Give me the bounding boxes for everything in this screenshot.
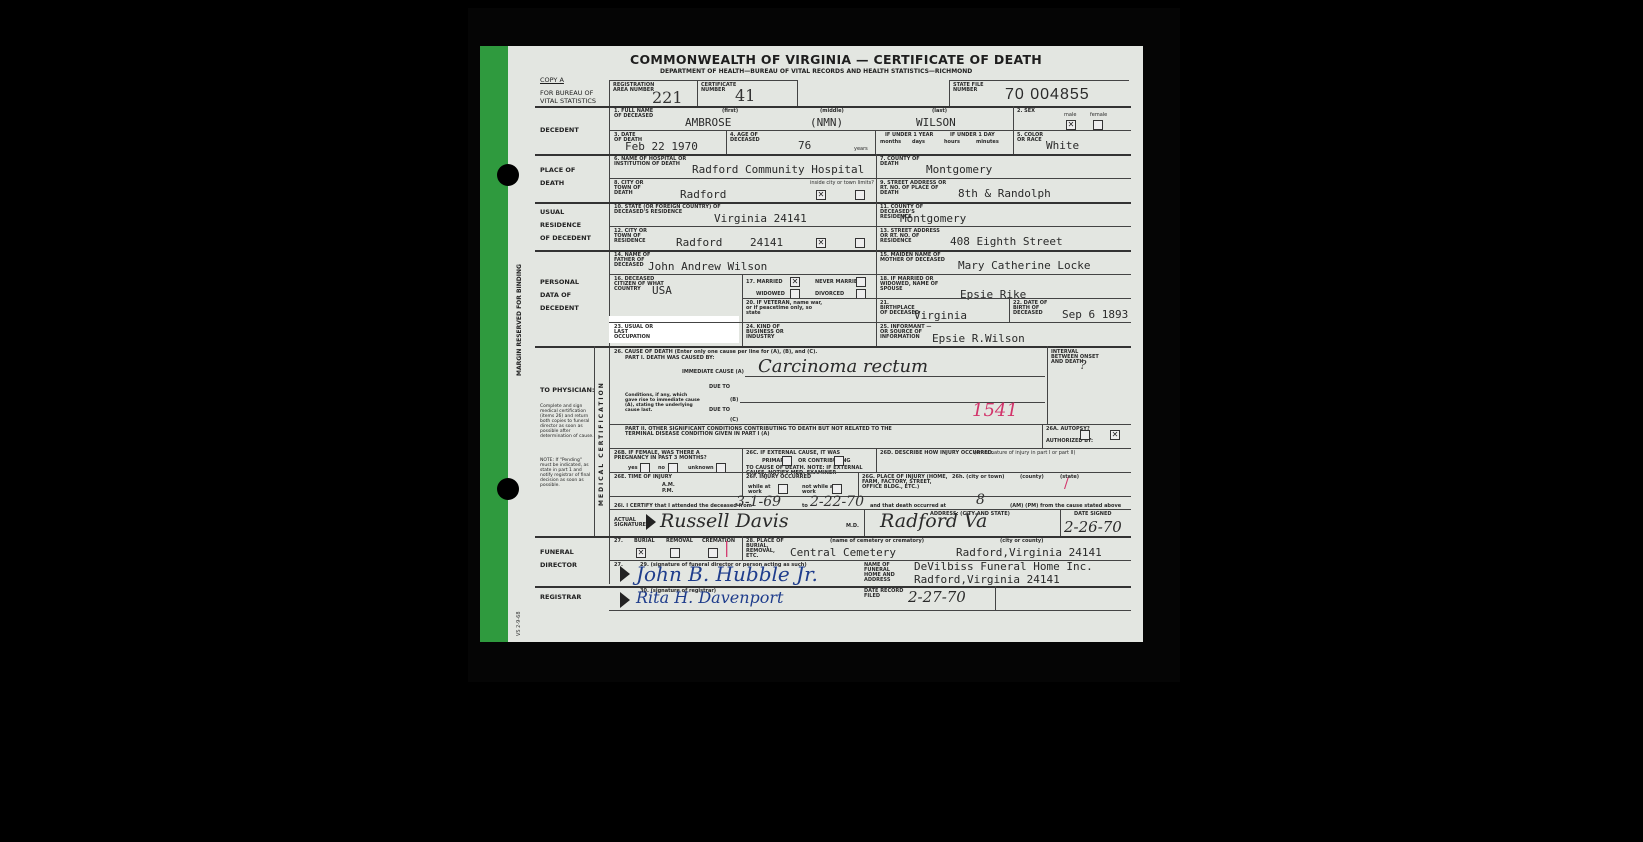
middle-name: (NMN)	[810, 116, 843, 129]
cremation-checkbox[interactable]	[708, 548, 718, 558]
certificate-number: 41	[735, 86, 755, 105]
death-time: 8	[976, 492, 985, 508]
sex-female-label: female	[1090, 113, 1107, 118]
autopsy-yes-checkbox[interactable]	[1080, 430, 1090, 440]
sex-male-checkbox[interactable]: ✕	[1066, 120, 1076, 130]
registrar-signature: Rita H. Davenport	[636, 588, 783, 607]
divider	[609, 178, 1131, 179]
due-to-label: DUE TO	[709, 385, 730, 390]
divider	[875, 130, 876, 154]
due-to-label: DUE TO	[709, 408, 730, 413]
burial-place-note: (name of cemetery or crematory)	[830, 539, 924, 544]
red-mark: /	[1064, 476, 1069, 492]
certificate-subtitle: DEPARTMENT OF HEALTH—BUREAU OF VITAL REC…	[660, 68, 972, 75]
burial-place: Central Cemetery	[790, 546, 896, 559]
part2-label: PART II. OTHER SIGNIFICANT CONDITIONS CO…	[625, 427, 915, 437]
binding-strip	[480, 46, 508, 642]
city-of-death-label: 8. CITY OR TOWN OF DEATH	[614, 181, 654, 196]
divider	[609, 130, 1131, 131]
section-registrar: REGISTRAR	[540, 591, 581, 604]
under-1-year-label: IF UNDER 1 YEAR	[885, 133, 933, 138]
divider	[594, 346, 595, 536]
divider	[609, 448, 1131, 449]
divider	[949, 80, 950, 106]
time-of-injury-label: 26e. TIME OF INJURY	[614, 475, 672, 480]
form-number: VS 2-9-68	[516, 611, 522, 636]
full-name-label: 1. FULL NAME OF DECEASED	[614, 109, 660, 119]
widowed-label: WIDOWED	[756, 292, 785, 297]
for-bureau-label: FOR BUREAU OF	[540, 89, 593, 97]
external-cause-label: 26c. IF EXTERNAL CAUSE, IT WAS	[746, 451, 840, 456]
state-file-number: 70 004855	[1005, 86, 1090, 104]
days-label: days	[912, 140, 925, 145]
cause-b-label: (B)	[730, 398, 738, 403]
hospital-label: 6. NAME OF HOSPITAL OR INSTITUTION OF DE…	[614, 157, 694, 167]
first-name-label: (first)	[722, 109, 738, 114]
cause-c-label: (C)	[730, 418, 738, 423]
actual-signature-label: ACTUAL SIGNATURE	[614, 518, 640, 528]
last-name: WILSON	[916, 116, 956, 129]
to-physician-label: TO PHYSICIAN:	[540, 386, 595, 394]
immediate-cause: Carcinoma rectum	[758, 356, 928, 377]
funeral-home-label: NAME OF FUNERAL HOME AND ADDRESS	[864, 563, 904, 583]
section-usual-residence: USUALRESIDENCEOF DECEDENT	[540, 206, 591, 245]
divider	[609, 610, 1131, 611]
divider	[609, 322, 1131, 323]
color-label: 5. COLOR OR RACE	[1017, 133, 1047, 143]
part1-label: PART I. DEATH WAS CAUSED BY:	[625, 356, 714, 361]
married-label: 17. MARRIED	[746, 280, 783, 285]
immediate-cause-label: IMMEDIATE CAUSE (A)	[682, 370, 744, 375]
sex-male-label: male	[1064, 113, 1076, 118]
funeral-home-name: DeVilbiss Funeral Home Inc.	[914, 560, 1093, 573]
date-record: 2-27-70	[908, 588, 966, 606]
divider	[742, 274, 743, 346]
middle-name-label: (middle)	[820, 109, 844, 114]
state-residence-label: 10. STATE (OR FOREIGN COUNTRY) OF DECEAS…	[614, 205, 724, 215]
street-residence-label: 13. STREET ADDRESS OR RT. NO. OF RESIDEN…	[880, 229, 944, 244]
divider	[1047, 346, 1048, 424]
city-of-injury-label: 26h. (city or town)	[952, 475, 1004, 480]
divider	[609, 424, 1131, 425]
color-race: White	[1046, 139, 1079, 152]
not-while-at-work-checkbox[interactable]	[832, 484, 842, 494]
vital-statistics-label: VITAL STATISTICS	[540, 97, 596, 105]
margin-reserved-text: MARGIN RESERVED FOR BINDING	[516, 264, 523, 376]
divider	[864, 509, 865, 536]
minutes-label: minutes	[976, 140, 999, 145]
pm-label: P.M.	[662, 489, 674, 494]
death-inside-city-no[interactable]	[855, 190, 865, 200]
burial-label: BURIAL	[634, 539, 655, 544]
divider	[609, 496, 1131, 497]
sex-female-checkbox[interactable]	[1093, 120, 1103, 130]
physician-instructions: Complete and sign medical certification …	[540, 404, 594, 439]
divider	[609, 80, 797, 81]
interval-value: ?	[1080, 358, 1086, 372]
place-of-injury-label: 26g. PLACE OF INJURY (home, farm, factor…	[862, 475, 952, 490]
red-mark: |	[724, 538, 729, 557]
occupation-label: 23. USUAL OR LAST OCCUPATION	[614, 325, 664, 340]
city-of-death: Radford	[680, 188, 726, 201]
divider	[858, 472, 859, 496]
copy-label: COPY A	[540, 76, 564, 84]
interval-label: INTERVAL BETWEEN ONSET AND DEATH	[1051, 350, 1101, 365]
county-of-death-label: 7. COUNTY OF DEATH	[880, 157, 920, 167]
date-of-birth-label: 22. DATE OF BIRTH OF DECEASED	[1013, 301, 1063, 316]
divider	[1042, 424, 1043, 448]
registration-number: 221	[652, 88, 683, 107]
burial-city-label: (city or county)	[1000, 539, 1043, 544]
attended-to: 2-22-70	[810, 494, 864, 510]
signature-arrow-icon	[646, 514, 656, 530]
divider	[876, 448, 877, 472]
citizen-country: USA	[652, 284, 672, 297]
age-label: 4. AGE OF DECEASED	[730, 133, 766, 143]
signature-arrow-icon	[620, 592, 630, 608]
divider	[609, 226, 1131, 227]
county-of-death: Montgomery	[926, 163, 992, 176]
divider	[726, 130, 727, 154]
never-married-label: NEVER MARRIED	[815, 280, 861, 285]
married-checkbox[interactable]: ✕	[790, 277, 800, 287]
city-residence-zip: 24141	[750, 236, 783, 249]
while-at-work-checkbox[interactable]	[778, 484, 788, 494]
pregnancy-no-label: no	[658, 466, 665, 471]
divider	[797, 80, 798, 106]
city-residence-label: 12. CITY OR TOWN OF RESIDENCE	[614, 229, 658, 244]
sex-label: 2. SEX	[1017, 109, 1035, 114]
item-27-label: 27.	[614, 539, 623, 544]
mother-label: 15. MAIDEN NAME OF MOTHER OF DECEASED	[880, 253, 946, 263]
removal-label: REMOVAL	[666, 539, 693, 544]
hours-label: hours	[944, 140, 960, 145]
business-label: 24. KIND OF BUSINESS OR INDUSTRY	[746, 325, 796, 340]
attended-from: 3-1-69	[736, 494, 781, 510]
injury-how-note: (enter nature of injury in part I or par…	[974, 451, 1075, 456]
director-signature: John B. Hubble Jr.	[636, 562, 818, 586]
divider	[535, 586, 1131, 588]
pregnancy-yes-label: yes	[628, 466, 638, 471]
cremation-label: CREMATION	[702, 539, 735, 544]
date-of-birth: Sep 6 1893	[1062, 308, 1128, 321]
removal-checkbox[interactable]	[670, 548, 680, 558]
burial-place-label: 28. PLACE OF BURIAL, REMOVAL, ETC.	[746, 539, 786, 559]
divider	[1009, 298, 1010, 322]
spouse-label: 18. IF MARRIED OR WIDOWED, NAME OF SPOUS…	[880, 277, 960, 292]
state-file-label: STATE FILE NUMBER	[953, 83, 993, 93]
pregnancy-label: 26b. IF FEMALE, WAS THERE A PREGNANCY IN…	[614, 451, 734, 461]
date-of-death: Feb 22 1970	[625, 140, 698, 153]
veteran-label: 20. IF VETERAN, name war, or if peacetim…	[746, 301, 826, 316]
months-label: months	[880, 140, 901, 145]
hospital-name: Radford Community Hospital	[692, 163, 864, 176]
informant: Epsie R.Wilson	[932, 332, 1025, 345]
divorced-label: DIVORCED	[815, 292, 844, 297]
residence-inside-city-no[interactable]	[855, 238, 865, 248]
under-1-day-label: IF UNDER 1 DAY	[950, 133, 995, 138]
state-label: (state)	[1060, 475, 1079, 480]
mother-name: Mary Catherine Locke	[958, 259, 1090, 272]
county-label: (county)	[1020, 475, 1044, 480]
divider	[609, 274, 1131, 275]
county-residence: Montgomery	[900, 212, 966, 225]
medical-certification-label: MEDICAL CERTIFICATION	[598, 381, 605, 506]
cause-code: 1541	[972, 400, 1018, 421]
divider	[742, 448, 743, 472]
funeral-home-address: Radford,Virginia 24141	[914, 573, 1060, 586]
birthplace: Virginia	[914, 309, 967, 322]
physician-signature: Russell Davis	[660, 510, 789, 532]
divider	[742, 472, 743, 496]
city-residence: Radford	[676, 236, 722, 249]
pending-note: NOTE: If "Pending" must be indicated, as…	[540, 458, 594, 488]
date-signed: 2-26-70	[1064, 518, 1122, 536]
street-of-death: 8th & Randolph	[958, 187, 1051, 200]
section-funeral-director: FUNERALDIRECTOR	[540, 546, 577, 572]
residence-inside-city-yes[interactable]: ✕	[816, 238, 826, 248]
street-residence: 408 Eighth Street	[950, 235, 1063, 248]
certificate-title: COMMONWEALTH OF VIRGINIA — CERTIFICATE O…	[630, 52, 1042, 67]
last-name-label: (last)	[932, 109, 947, 114]
divider	[609, 472, 1131, 473]
father-name: John Andrew Wilson	[648, 260, 767, 273]
inside-city-label: inside city or town limits?	[810, 181, 874, 186]
age: 76	[798, 139, 811, 152]
burial-checkbox[interactable]: ✕	[636, 548, 646, 558]
conditions-note: Conditions, if any, which gave rise to i…	[625, 393, 700, 413]
punch-hole	[497, 164, 519, 186]
burial-city: Radford,Virginia 24141	[956, 546, 1102, 559]
md-label: M.D.	[846, 524, 859, 529]
autopsy-no-checkbox[interactable]: ✕	[1110, 430, 1120, 440]
punch-hole	[497, 478, 519, 500]
never-married-checkbox[interactable]	[856, 277, 866, 287]
section-decedent: DECEDENT	[540, 124, 579, 137]
divider	[742, 536, 743, 560]
age-unit: years	[854, 147, 868, 152]
section-place-of-death: PLACE OFDEATH	[540, 164, 575, 190]
first-name: AMBROSE	[685, 116, 731, 129]
divider	[742, 298, 1131, 299]
date-signed-label: DATE SIGNED	[1074, 512, 1112, 517]
street-of-death-label: 9. STREET ADDRESS OR RT. NO. OF PLACE OF…	[880, 181, 950, 196]
pregnancy-unknown-label: unknown	[688, 466, 714, 471]
divider	[995, 586, 996, 610]
state-residence: Virginia 24141	[714, 212, 807, 225]
death-inside-city-yes[interactable]: ✕	[816, 190, 826, 200]
death-certificate: MARGIN RESERVED FOR BINDING VS 2-9-68 CO…	[480, 46, 1143, 642]
injury-occurred-label: 26f. INJURY OCCURRED	[746, 475, 811, 480]
date-record-label: DATE RECORD FILED	[864, 589, 904, 599]
divider	[697, 80, 698, 106]
signature-arrow-icon	[620, 566, 630, 582]
divider	[535, 346, 1131, 348]
section-personal-data: PERSONALDATA OFDECEDENT	[540, 276, 579, 315]
divider	[949, 80, 1129, 81]
informant-label: 25. INFORMANT — OR SOURCE OF INFORMATION	[880, 325, 940, 340]
divider	[1060, 509, 1061, 536]
physician-address: Radford Va	[880, 510, 987, 532]
